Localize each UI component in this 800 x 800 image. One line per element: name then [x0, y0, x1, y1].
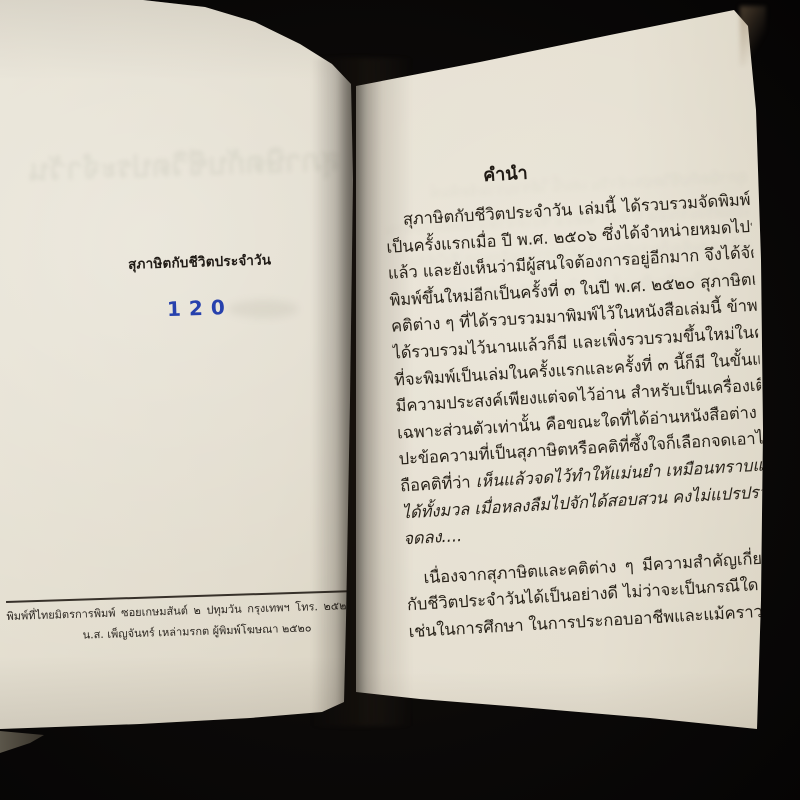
- quote-intro: ถือคติที่ว่า: [400, 472, 471, 495]
- pencil-smudge: [228, 300, 298, 318]
- price-marking: 120: [167, 295, 234, 321]
- book-title: สุภาษิตกับชีวิตประจำวัน: [128, 247, 309, 275]
- preface-text: คำนำ สุภาษิตกับชีวิตประจำวัน เล่มนี้ ได้…: [382, 149, 775, 646]
- imprint-block: พิมพ์ที่ไทยมิตรการพิมพ์ ซอยเกษมสันต์ ๒ ป…: [6, 590, 361, 646]
- cover-edge: [0, 729, 46, 755]
- ghost-showthrough-title: สุภาษิตกับชีวิตประจำวัน: [39, 137, 340, 194]
- open-book-photo: สุภาษิตกับชีวิตประจำวัน สุภาษิตกับชีวิตป…: [0, 0, 800, 800]
- preface-heading: คำนำ: [322, 152, 689, 197]
